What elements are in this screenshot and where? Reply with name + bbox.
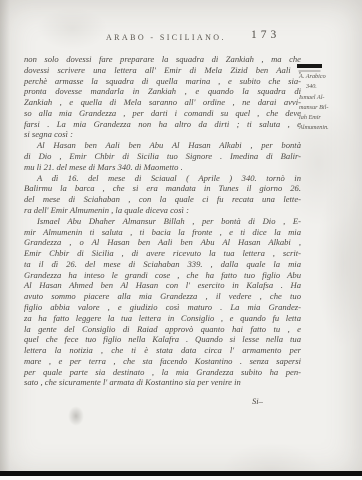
text-line: si segna così :: [24, 129, 301, 140]
margin-note-line: Almumenin.: [299, 123, 361, 133]
text-line: la gente del Consiglio di Raiad approvò …: [24, 324, 301, 335]
text-line: figlio abbia valore , e giudizio così ma…: [24, 302, 301, 313]
text-line: Al Hasan Ahmed ben Al Hasan con l' eserc…: [24, 280, 301, 291]
text-line: Grandezza ha inteso le grandi cose , che…: [24, 270, 301, 281]
text-line: ra dell' Emir Almumenin , la quale dicev…: [24, 205, 301, 216]
text-line: za ha fatto leggere la tua lettera in Co…: [24, 313, 301, 324]
text-line: mare , e per terra , che sta facendo Kos…: [24, 356, 301, 367]
text-line: lettera la notizia , che ti è stata data…: [24, 345, 301, 356]
text-line: di Dio , Emir Chbir di Sicilia tuo Signo…: [24, 151, 301, 162]
text-line: per quale parte sia destinato , la mia G…: [24, 367, 301, 378]
margin-ink-bar: [297, 64, 322, 68]
text-line: mu li 21. del mese di Mars 340. di Maome…: [24, 162, 301, 173]
text-line: Al Hasan ben Aali ben Abu Al Hasan Alkab…: [24, 140, 301, 151]
margin-note-line: Ismael Al-: [299, 93, 361, 103]
catchword: Si–: [252, 396, 263, 406]
page-number: 173: [251, 29, 280, 41]
text-line: Ismael Abu Dhaher Almansur Billah , per …: [24, 216, 301, 227]
text-line: ta il dì 26. del mese di Sciahaban 339. …: [24, 259, 301, 270]
text-line: perchè armasse la squadra di quella mari…: [24, 76, 301, 87]
text-line: non solo dovessi fare preparare la squad…: [24, 54, 301, 65]
text-line: sato , che sicuramente l' armata di Kost…: [24, 377, 301, 388]
text-line: Zankiah , e quella di Mela saranno all' …: [24, 97, 301, 108]
margin-note-line: A. Arabico: [299, 72, 361, 82]
scanned-book-page: ARABO - SICILIANO. 173 non solo dovessi …: [0, 0, 362, 480]
margin-note: A. Arabico340.Ismael Al-mansur Bil-lah E…: [299, 72, 361, 134]
body-text: non solo dovessi fare preparare la squad…: [24, 54, 301, 388]
text-line: A dì 16. del mese di Sciaual ( Aprile ) …: [24, 173, 301, 184]
scan-bottom-strip: [0, 476, 362, 480]
text-line: Balirmu la barca , che si era mandata in…: [24, 183, 301, 194]
scan-left-edge-shade: [0, 0, 10, 480]
text-line: Grandezza , o Al Hasan ben Aali ben Abu …: [24, 237, 301, 248]
text-line: del mese di Sciahaban , con la quale ci …: [24, 194, 301, 205]
margin-note-line: 340.: [299, 82, 361, 92]
text-line: mir Almumenin ti saluta , ti bacia la fr…: [24, 227, 301, 238]
text-line: Emir Chbir di Sicilia , di avere ricevut…: [24, 248, 301, 259]
margin-note-line: mansur Bil-: [299, 103, 361, 113]
running-header-title: ARABO - SICILIANO.: [106, 33, 226, 42]
margin-note-line: lah Emir: [299, 113, 361, 123]
text-line: pronta dovesse mandarla in Zankiah , e q…: [24, 86, 301, 97]
text-line: farsi . La mia Grandezza non ha altro da…: [24, 119, 301, 130]
scan-smudge: [68, 406, 84, 426]
text-line: quel che fece tuo figlio nella Kalafra .…: [24, 334, 301, 345]
text-line: dovessi scrivere una lettera all' Emir d…: [24, 65, 301, 76]
text-line: avuto sommo piacere alla mia Grandezza ,…: [24, 291, 301, 302]
text-line: so alla mia Grandezza , per darti i coma…: [24, 108, 301, 119]
